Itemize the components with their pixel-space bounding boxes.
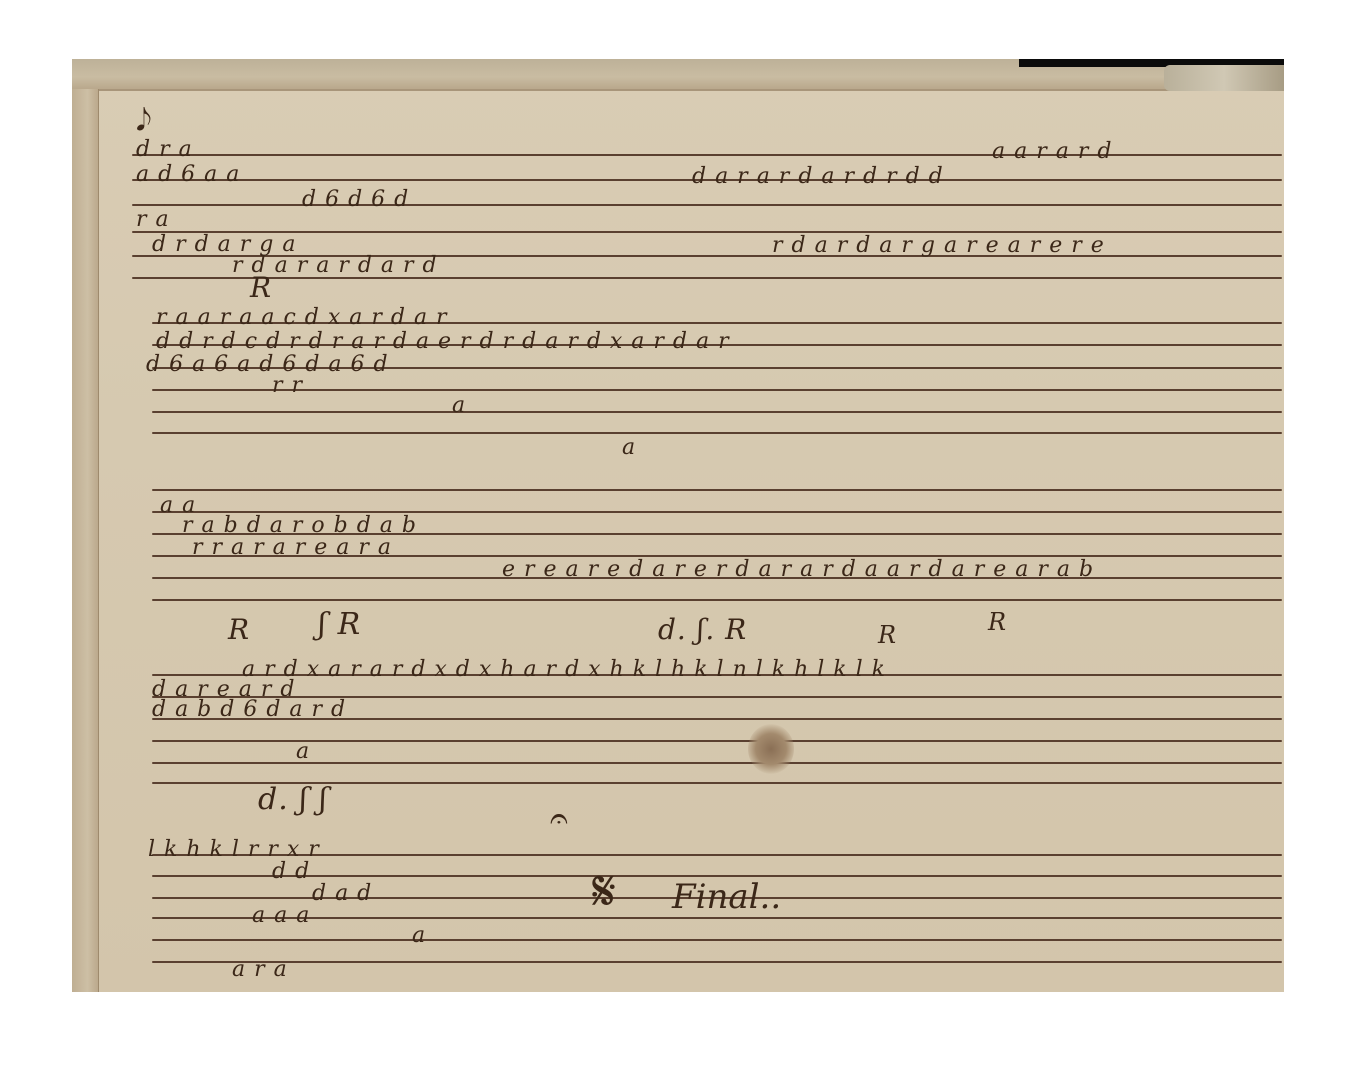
tab-below: a [622, 437, 636, 459]
tab-course-1: a r d x a r a r d x d x h a r d x h k l … [242, 659, 886, 681]
fermata-icon: 𝄐 [550, 799, 568, 838]
page-left-edge [72, 89, 99, 992]
tab-course-3: d a d [312, 883, 372, 905]
tab-continuation-2: d a r a r d a r d r d d [692, 166, 944, 188]
final-label: Final.. [672, 877, 781, 917]
tab-course-2: a d 6 a a [136, 164, 240, 186]
ornament-mark: d. ʃ. R [658, 619, 747, 641]
ornament-mark: R [988, 611, 1007, 633]
tab-course-5: a [296, 741, 310, 763]
tab-continuation-5: r d a r d a r g a r e a r e r e [772, 235, 1105, 257]
tab-course-5: e r e a r e d a r e r d a r a r d a a r … [502, 559, 1094, 581]
tab-course-4: r r [272, 375, 303, 397]
tab-course-2: d d [272, 861, 310, 883]
ornament-mark: ʃ R [318, 614, 361, 636]
ornament-mark: R [878, 624, 897, 646]
tab-course-4: r r a r a r e a r a [192, 537, 392, 559]
rhythm-flag-icon: 𝅘𝅥𝅮 [136, 103, 152, 138]
ornament-mark: R [250, 277, 272, 299]
tab-course-3: r a b d a r o b d a b [182, 515, 417, 537]
tab-course-4: r a [136, 209, 170, 231]
tab-course-6: a r a [232, 959, 288, 981]
ornament-mark: d. ʃ ʃ [258, 789, 328, 811]
tab-continuation-1: a a r a r d [992, 141, 1112, 163]
tab-course-1: l k h k l r r x r [148, 839, 320, 861]
tab-course-3: d 6 d 6 d [302, 189, 409, 211]
tab-course-4: a a a [252, 905, 310, 927]
tab-course-1: r a a r a a c d x a r d a r [156, 307, 448, 329]
binding-fabric [1164, 65, 1284, 91]
tab-course-3: d a b d 6 d a r d [152, 699, 346, 721]
tab-course-2: d d r d c d r d r a r d a e r d r d a r … [156, 331, 730, 353]
tab-course-5: a [412, 925, 426, 947]
end-sign-icon: 𝄋 [592, 859, 616, 925]
tab-course-1: d r a [136, 139, 193, 161]
manuscript-photo: 𝅘𝅥𝅮 d r a a d 6 a a d 6 d 6 d r a d r d … [72, 59, 1284, 992]
tab-course-3: d 6 a 6 a d 6 d a 6 d [146, 354, 389, 376]
ink-stain [748, 724, 794, 774]
tab-course-5: a [452, 395, 466, 417]
ornament-mark: R [228, 619, 250, 641]
